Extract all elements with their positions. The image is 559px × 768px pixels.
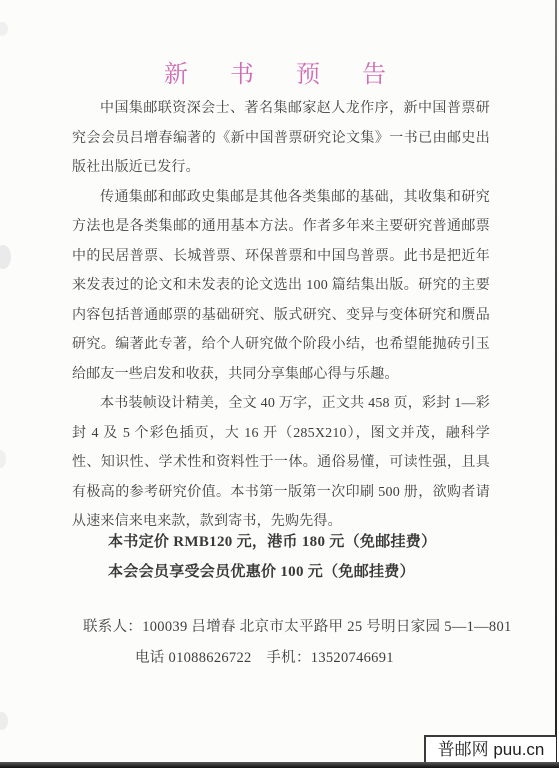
watermark-puu-cn: 普邮网 puu.cn: [424, 735, 556, 762]
price-line-member: 本会会员享受会员优惠价 100 元（免邮挂费）: [72, 557, 512, 587]
paragraph-book-specs: 本书装帧设计精美，全文 40 万字，正文共 458 页，彩封 1—彩封 4 及 …: [72, 389, 490, 537]
page-title: 新 书 预 告: [0, 54, 559, 89]
scan-edge-right: [555, 0, 557, 768]
scan-smudge: [0, 22, 8, 36]
scan-edge-bottom: [0, 762, 559, 768]
scan-smudge: [0, 450, 6, 468]
price-section: 本书定价 RMB120 元，港币 180 元（免邮挂费） 本会会员享受会员优惠价…: [72, 527, 512, 587]
scanned-announcement-page: 新 书 预 告 中国集邮联资深会士、著名集邮家赵人龙作序，新中国普票研究会会员吕…: [0, 0, 559, 768]
price-line-standard: 本书定价 RMB120 元，港币 180 元（免邮挂费）: [72, 527, 512, 557]
body-text: 中国集邮联资深会士、著名集邮家赵人龙作序，新中国普票研究会会员吕增春编著的《新中…: [72, 94, 490, 537]
contact-address-line: 联系人：100039 吕增春 北京市太平路甲 25 号明日家园 5—1—801: [83, 612, 533, 643]
scan-smudge: [0, 245, 11, 269]
contact-phone-line: 电话 01088626722 手机：13520746691: [83, 643, 533, 674]
scan-smudge: [0, 712, 8, 730]
paragraph-book-intro: 中国集邮联资深会士、著名集邮家赵人龙作序，新中国普票研究会会员吕增春编著的《新中…: [72, 94, 490, 183]
contact-section: 联系人：100039 吕增春 北京市太平路甲 25 号明日家园 5—1—801 …: [83, 612, 533, 674]
paragraph-research-content: 传通集邮和邮政史集邮是其他各类集邮的基础，其收集和研究方法也是各类集邮的通用基本…: [72, 183, 490, 390]
